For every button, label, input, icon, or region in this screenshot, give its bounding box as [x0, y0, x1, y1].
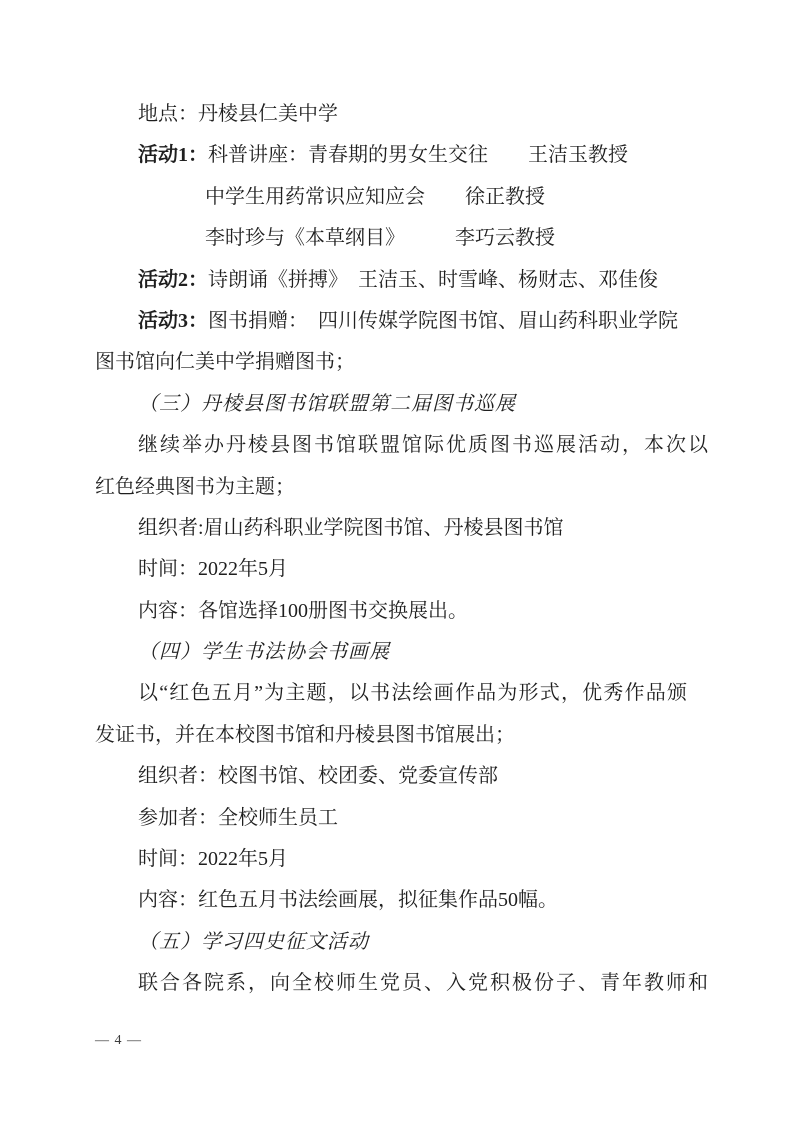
- line-text: 联合各院系，向全校师生党员、入党积极份子、青年教师和: [138, 972, 710, 994]
- activity-1-label: 活动1：: [138, 144, 208, 166]
- line-activity-1-item-2: 中学生用药常识应知应会 徐正教授: [95, 177, 713, 218]
- line-text: 地点：丹棱县仁美中学: [138, 103, 338, 125]
- heading-text: （三）丹棱县图书馆联盟第二届图书巡展: [138, 393, 516, 415]
- line-text: 参加者：全校师生员工: [138, 807, 338, 829]
- heading-text: （四）学生书法协会书画展: [138, 641, 390, 663]
- line-text: 以“红色五月”为主题，以书法绘画作品为形式，优秀作品颁: [138, 682, 688, 704]
- line-text: 组织者:眉山药科职业学院图书馆、丹棱县图书馆: [138, 517, 564, 539]
- line-text: 中学生用药常识应知应会 徐正教授: [205, 186, 545, 208]
- line-text: 内容：红色五月书法绘画展，拟征集作品50幅。: [138, 889, 558, 911]
- line-text: 组织者：校图书馆、校团委、党委宣传部: [138, 765, 498, 787]
- line-section-5-desc: 联合各院系，向全校师生党员、入党积极份子、青年教师和: [95, 963, 713, 1004]
- line-text: 发证书，并在本校图书馆和丹棱县图书馆展出；: [95, 724, 515, 746]
- document-body: 地点：丹棱县仁美中学 活动1：科普讲座：青春期的男女生交往 王洁玉教授 中学生用…: [95, 94, 713, 1005]
- line-section-4-desc: 以“红色五月”为主题，以书法绘画作品为形式，优秀作品颁: [95, 673, 713, 714]
- line-section-3-organizer: 组织者:眉山药科职业学院图书馆、丹棱县图书馆: [95, 508, 713, 549]
- heading-section-3: （三）丹棱县图书馆联盟第二届图书巡展: [95, 384, 713, 425]
- document-page: 地点：丹棱县仁美中学 活动1：科普讲座：青春期的男女生交往 王洁玉教授 中学生用…: [0, 0, 793, 1122]
- line-text: 继续举办丹棱县图书馆联盟馆际优质图书巡展活动，本次以: [138, 434, 710, 456]
- heading-section-4: （四）学生书法协会书画展: [95, 632, 713, 673]
- line-section-3-desc-continued: 红色经典图书为主题；: [95, 467, 713, 508]
- heading-text: （五）学习四史征文活动: [138, 931, 369, 953]
- line-activity-2: 活动2：诗朗诵《拼搏》 王洁玉、时雪峰、杨财志、邓佳俊: [95, 260, 713, 301]
- line-text: 诗朗诵《拼搏》 王洁玉、时雪峰、杨财志、邓佳俊: [208, 269, 658, 291]
- line-text: 红色经典图书为主题；: [95, 476, 295, 498]
- line-section-3-content: 内容：各馆选择100册图书交换展出。: [95, 591, 713, 632]
- line-location: 地点：丹棱县仁美中学: [95, 94, 713, 135]
- line-section-4-organizer: 组织者：校图书馆、校团委、党委宣传部: [95, 756, 713, 797]
- line-activity-1-item-3: 李时珍与《本草纲目》 李巧云教授: [95, 218, 713, 259]
- line-text: 图书馆向仁美中学捐赠图书；: [95, 351, 355, 373]
- activity-3-label: 活动3：: [138, 310, 208, 332]
- line-section-3-time: 时间：2022年5月: [95, 549, 713, 590]
- line-activity-3-continued: 图书馆向仁美中学捐赠图书；: [95, 342, 713, 383]
- line-section-4-participants: 参加者：全校师生员工: [95, 798, 713, 839]
- page-number: — 4 —: [95, 1033, 142, 1049]
- line-text: 时间：2022年5月: [138, 848, 288, 870]
- line-section-4-desc-continued: 发证书，并在本校图书馆和丹棱县图书馆展出；: [95, 715, 713, 756]
- line-section-4-time: 时间：2022年5月: [95, 839, 713, 880]
- line-text: 科普讲座：青春期的男女生交往 王洁玉教授: [208, 144, 628, 166]
- line-text: 图书捐赠： 四川传媒学院图书馆、眉山药科职业学院: [208, 310, 678, 332]
- line-section-3-desc: 继续举办丹棱县图书馆联盟馆际优质图书巡展活动，本次以: [95, 425, 713, 466]
- heading-section-5: （五）学习四史征文活动: [95, 922, 713, 963]
- line-text: 时间：2022年5月: [138, 558, 288, 580]
- line-text: 内容：各馆选择100册图书交换展出。: [138, 600, 468, 622]
- line-section-4-content: 内容：红色五月书法绘画展，拟征集作品50幅。: [95, 880, 713, 921]
- line-activity-3: 活动3：图书捐赠： 四川传媒学院图书馆、眉山药科职业学院: [95, 301, 713, 342]
- line-text: 李时珍与《本草纲目》 李巧云教授: [205, 227, 555, 249]
- line-activity-1: 活动1：科普讲座：青春期的男女生交往 王洁玉教授: [95, 135, 713, 176]
- activity-2-label: 活动2：: [138, 269, 208, 291]
